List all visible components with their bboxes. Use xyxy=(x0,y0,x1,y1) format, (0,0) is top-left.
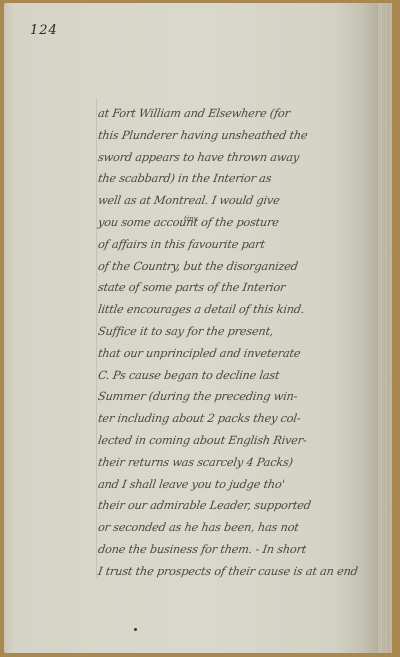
text-line: and I shall leave you to judge tho' xyxy=(96,474,399,496)
text-line: of affairs in this favourite part xyxy=(96,234,399,256)
text-line: I trust the prospects of their cause is … xyxy=(96,561,399,583)
text-line: little encourages a detail of this kind. xyxy=(96,299,399,321)
text-line: this Plunderer having unsheathed the xyxy=(96,125,399,147)
text-line: you some account of the posture xyxy=(96,212,399,234)
text-line: their our admirable Leader, supported xyxy=(96,495,399,517)
text-line: state of some parts of the Interior xyxy=(96,277,399,299)
text-line: Summer (during the preceding win- xyxy=(96,386,399,408)
text-line: at Fort William and Elsewhere (for xyxy=(96,103,399,125)
text-line: Suffice it to say for the present, xyxy=(96,321,399,343)
text-line: of the Country, but the disorganized xyxy=(96,256,399,278)
text-line: the scabbard) in the Interior as xyxy=(96,168,399,190)
manuscript-page: 124 tiny at Fort William and Elsewhere (… xyxy=(4,3,392,653)
text-line: well as at Montreal. I would give xyxy=(96,190,399,212)
text-line: done the business for them. - In short xyxy=(96,539,399,561)
text-line: ter including about 2 packs they col- xyxy=(96,408,399,430)
text-line: sword appears to have thrown away xyxy=(96,147,399,169)
text-line: or seconded as he has been, has not xyxy=(96,517,399,539)
page-number: 124 xyxy=(30,23,58,38)
text-line: that our unprincipled and inveterate xyxy=(96,343,399,365)
handwritten-text: at Fort William and Elsewhere (for this … xyxy=(98,103,398,583)
text-line: lected in coming about English River- xyxy=(96,430,399,452)
text-line: their returns was scarcely 4 Packs) xyxy=(96,452,399,474)
ink-spot xyxy=(134,628,137,631)
text-line: C. Ps cause began to decline last xyxy=(96,365,399,387)
